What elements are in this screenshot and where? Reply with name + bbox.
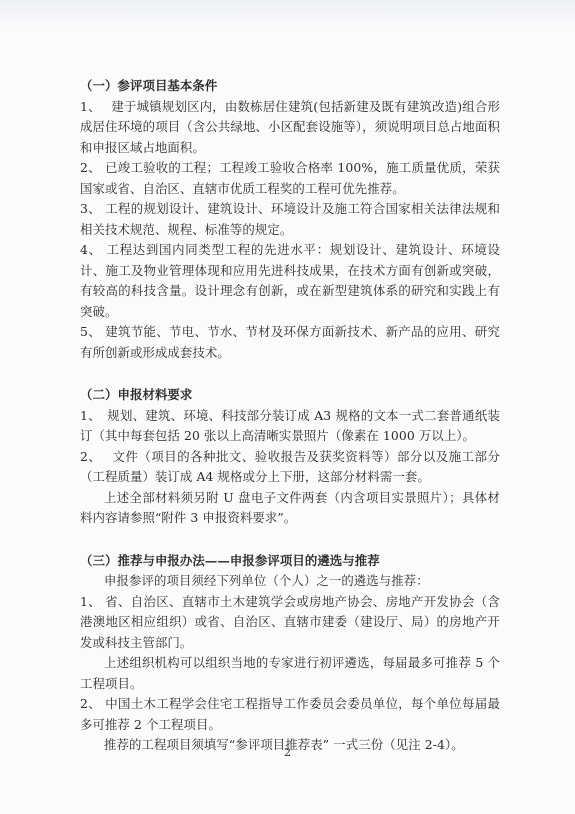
- document-body: （一）参评项目基本条件 1、 建于城镇规划区内，由数栋居住建筑(包括新建及既有建…: [80, 76, 500, 756]
- paragraph: 3、 工程的规划设计、建筑设计、环境设计及施工符合国家相关法律法规和相关技术规范…: [80, 199, 500, 240]
- paragraph: 2、 文件（项目的各种批文、验收报告及获奖资料等）部分以及施工部分（工程质量）装…: [80, 447, 500, 488]
- page-number: 2: [0, 746, 575, 759]
- paragraph: 5、 建筑节能、节电、节水、节材及环保方面新技术、新产品的应用、研究有所创新或形…: [80, 322, 500, 363]
- paragraph: 2、 中国土木工程学会住宅工程指导工作委员会委员单位，每个单位每届最多可推荐 2…: [80, 694, 500, 735]
- paragraph: 申报参评的项目须经下列单位（个人）之一的遴选与推荐：: [80, 571, 500, 592]
- section-heading: （三）推荐与申报办法——申报参评项目的遴选与推荐: [80, 551, 500, 572]
- paragraph: 1、 省、自治区、直辖市土木建筑学会或房地产协会、房地产开发协会（含港澳地区相应…: [80, 592, 500, 654]
- scan-shadow: [0, 0, 575, 30]
- paragraph: 1、 建于城镇规划区内，由数栋居住建筑(包括新建及既有建筑改造)组合形成居住环境…: [80, 97, 500, 159]
- paragraph: 4、 工程达到国内同类型工程的先进水平：规划设计、建筑设计、环境设计、施工及物业…: [80, 240, 500, 322]
- section-materials: （二）申报材料要求 1、 规划、建筑、环境、科技部分装订成 A3 规格的文本一式…: [80, 385, 500, 529]
- paragraph: 2、 已竣工验收的工程；工程竣工验收合格率 100%，施工质量优质，荣获国家或省…: [80, 158, 500, 199]
- section-heading: （一）参评项目基本条件: [80, 76, 500, 97]
- paragraph: 1、 规划、建筑、环境、科技部分装订成 A3 规格的文本一式二套普通纸装订（其中…: [80, 406, 500, 447]
- section-basic-conditions: （一）参评项目基本条件 1、 建于城镇规划区内，由数栋居住建筑(包括新建及既有建…: [80, 76, 500, 363]
- paragraph: 上述组织机构可以组织当地的专家进行初评遴选，每届最多可推荐 5 个工程项目。: [80, 653, 500, 694]
- spacer: [80, 363, 500, 385]
- paragraph: 上述全部材料须另附 U 盘电子文件两套（内含项目实景照片）；具体材料内容请参照“…: [80, 488, 500, 529]
- spacer: [80, 529, 500, 551]
- section-recommendation: （三）推荐与申报办法——申报参评项目的遴选与推荐 申报参评的项目须经下列单位（个…: [80, 551, 500, 756]
- section-heading: （二）申报材料要求: [80, 385, 500, 406]
